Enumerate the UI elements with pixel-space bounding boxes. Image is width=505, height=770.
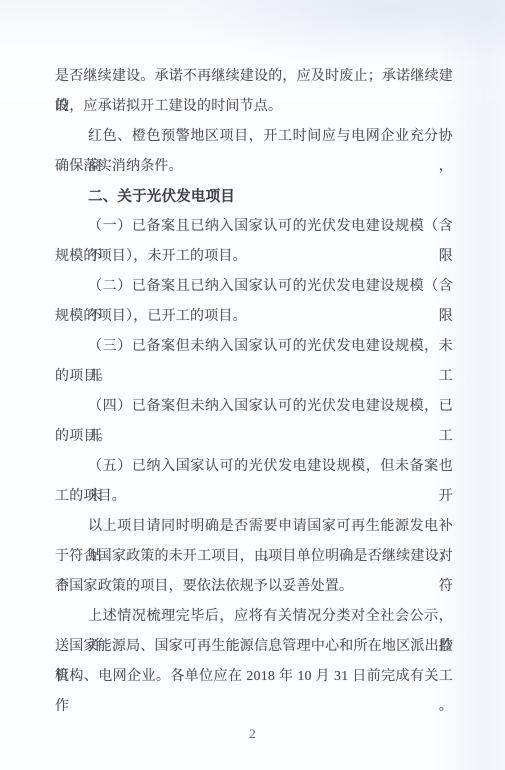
text-line: 机构、电网企业。各单位应在 2018 年 10 月 31 日前完成有关工作。 (55, 662, 453, 692)
document-body: 是否继续建设。承诺不再继续建设的，应及时废止；承诺继续建设的，应承诺拟开工建设的… (55, 62, 453, 692)
text-line: （四）已备案但未纳入国家认可的光伏发电建设规模，已开工 (55, 392, 453, 422)
text-line: （一）已备案且已纳入国家认可的光伏发电建设规模（含不限 (55, 212, 453, 242)
page-number: 2 (0, 726, 505, 742)
text-line: 的，应承诺拟开工建设的时间节点。 (55, 92, 453, 122)
section-heading: 二、关于光伏发电项目 (55, 182, 453, 212)
text-line: 红色、橙色预警地区项目，开工时间应与电网企业充分协商， (55, 122, 453, 152)
text-line: （五）已纳入国家认可的光伏发电建设规模，但未备案也未开 (55, 452, 453, 482)
document-page: 是否继续建设。承诺不再继续建设的，应及时废止；承诺继续建设的，应承诺拟开工建设的… (0, 0, 505, 770)
text-line: 送国家能源局、国家可再生能源信息管理中心和所在地区派出监管 (55, 632, 453, 662)
text-line: 上述情况梳理完毕后，应将有关情况分类对全社会公示，并抄 (55, 602, 453, 632)
text-line: 于符合国家政策的未开工项目，由项目单位明确是否继续建设；不符 (55, 542, 453, 572)
text-line: 是否继续建设。承诺不再继续建设的，应及时废止；承诺继续建设 (55, 62, 453, 92)
text-line: （三）已备案但未纳入国家认可的光伏发电建设规模，未开工 (55, 332, 453, 362)
text-line: （二）已备案且已纳入国家认可的光伏发电建设规模（含不限 (55, 272, 453, 302)
text-line: 以上项目请同时明确是否需要申请国家可再生能源发电补贴。对 (55, 512, 453, 542)
